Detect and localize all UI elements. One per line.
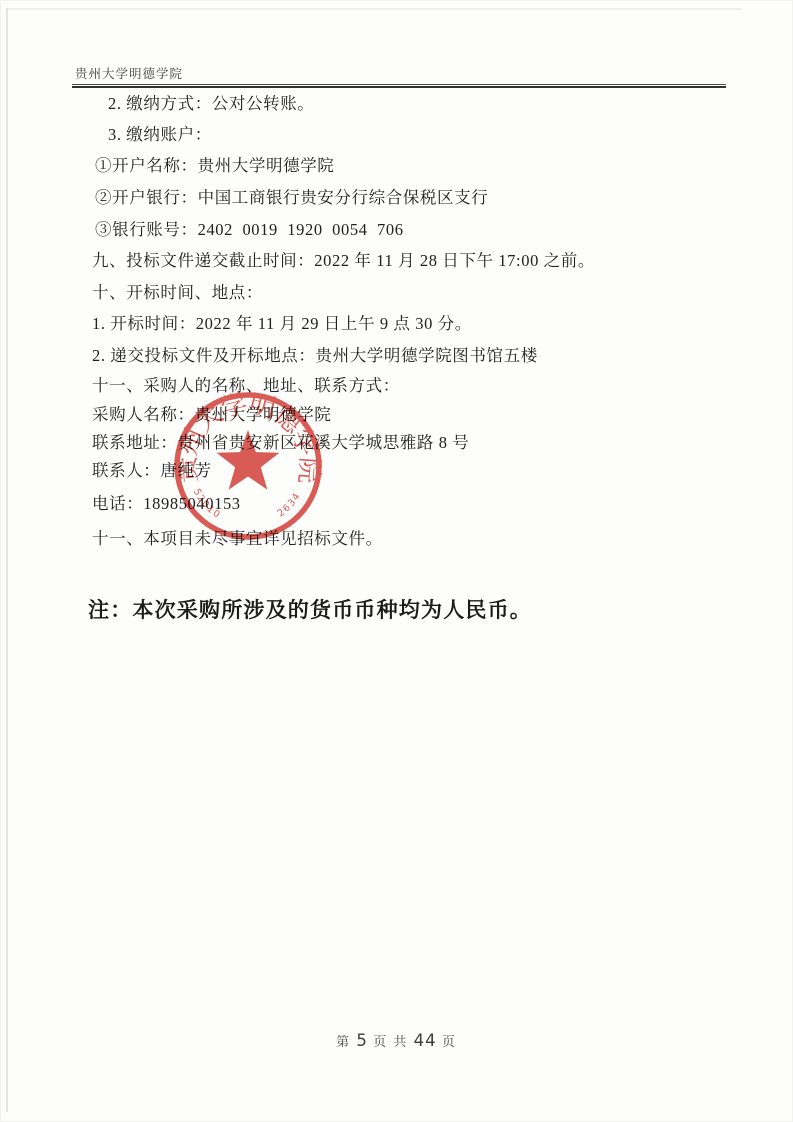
body-line: 2. 缴纳方式：公对公转账。 xyxy=(108,90,314,114)
official-seal: 贵州大学明德学院 52010 2634 xyxy=(168,386,328,546)
footer-label-gong: 共 xyxy=(393,1034,408,1049)
body-line: ③银行账号：2402 0019 1920 0054 706 xyxy=(95,216,404,240)
document-page: 贵州大学明德学院 2. 缴纳方式：公对公转账。3. 缴纳账户：①开户名称：贵州大… xyxy=(0,0,793,1122)
body-line: ①开户名称：贵州大学明德学院 xyxy=(95,152,334,176)
seal-star-icon xyxy=(217,430,280,490)
body-line: 九、投标文件递交截止时间：2022 年 11 月 28 日下午 17:00 之前… xyxy=(92,247,595,271)
body-line: 十、开标时间、地点： xyxy=(92,279,263,303)
body-line: ②开户银行：中国工商银行贵安分行综合保税区支行 xyxy=(95,184,488,208)
note-line: 注：本次采购所涉及的货币币种均为人民币。 xyxy=(88,594,532,624)
body-line: 3. 缴纳账户： xyxy=(108,121,212,145)
body-line: 2. 递交投标文件及开标地点：贵州大学明德学院图书馆五楼 xyxy=(92,342,538,366)
body-line: 1. 开标时间：2022 年 11 月 29 日上午 9 点 30 分。 xyxy=(92,310,472,334)
page-footer: 第 5 页 共 44 页 xyxy=(0,1031,793,1050)
document-body: 2. 缴纳方式：公对公转账。3. 缴纳账户：①开户名称：贵州大学明德学院②开户银… xyxy=(0,0,793,1122)
footer-label-ye1: 页 xyxy=(373,1034,388,1049)
footer-label-di: 第 xyxy=(336,1034,351,1049)
footer-page-number: 5 xyxy=(356,1031,368,1050)
footer-total-pages: 44 xyxy=(414,1031,437,1050)
footer-label-ye2: 页 xyxy=(442,1034,457,1049)
